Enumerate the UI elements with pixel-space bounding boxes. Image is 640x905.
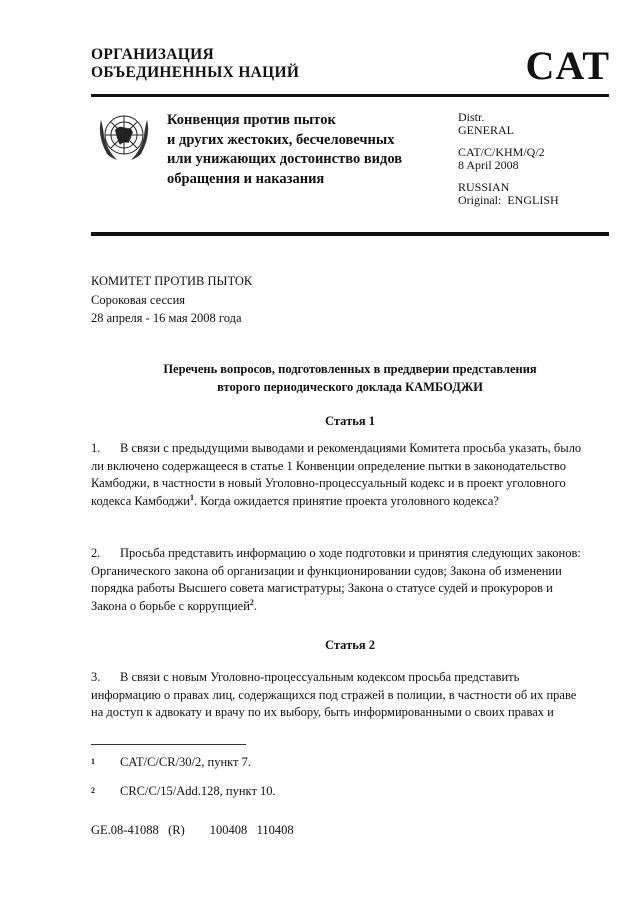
convention-line: и других жестоких, бесчеловечных [167, 131, 402, 151]
convention-line: обращения и наказания [167, 170, 402, 190]
convention-title: Конвенция против пыток и других жестоких… [167, 111, 402, 189]
paragraph-3: 3.В связи с новым Уголовно-процессуальны… [91, 669, 586, 722]
document-date: 8 April 2008 [458, 159, 559, 172]
paragraph-text: . Когда ожидается принятие проекта уголо… [194, 494, 499, 508]
un-emblem-icon [93, 108, 155, 166]
section-heading: Статья 1 [91, 412, 609, 430]
paragraph-number: 2. [91, 545, 120, 563]
org-line-1: ОРГАНИЗАЦИЯ [91, 46, 299, 64]
footnote-separator [91, 744, 246, 745]
footnote-2: 2CRC/C/15/Add.128, пункт 10. [91, 783, 276, 799]
title-line: второго периодического доклада КАМБОДЖИ [91, 378, 609, 396]
org-line-2: ОБЪЕДИНЕННЫХ НАЦИЙ [91, 64, 299, 82]
paragraph-1: 1.В связи с предыдущими выводами и реком… [91, 440, 586, 510]
original-language: Original: ENGLISH [458, 194, 559, 207]
organization-name: ОРГАНИЗАЦИЯ ОБЪЕДИНЕННЫХ НАЦИЙ [91, 46, 299, 82]
paragraph-number: 1. [91, 440, 120, 458]
footnote-mark: 2 [91, 783, 120, 799]
footnote-mark: 1 [91, 754, 120, 770]
paragraph-2: 2.Просьба представить информацию о ходе … [91, 545, 586, 615]
convention-line: Конвенция против пыток [167, 111, 402, 131]
header-rule [91, 94, 609, 97]
committee-name: КОМИТЕТ ПРОТИВ ПЫТОК [91, 272, 252, 291]
convention-line: или унижающих достоинство видов [167, 150, 402, 170]
committee-session: Сороковая сессия [91, 291, 252, 310]
footnote-text: CRC/C/15/Add.128, пункт 10. [120, 784, 276, 798]
distribution-block: Distr. GENERAL CAT/C/KHM/Q/2 8 April 200… [458, 111, 559, 207]
footnote-1: 1CAT/C/CR/30/2, пункт 7. [91, 754, 251, 770]
distr-value: GENERAL [458, 124, 559, 137]
committee-dates: 28 апреля - 16 мая 2008 года [91, 309, 252, 328]
paragraph-text: Просьба представить информацию о ходе по… [91, 546, 581, 613]
job-number: GE.08-41088 (R) 100408 110408 [91, 823, 294, 838]
paragraph-text: В связи с новым Уголовно-процессуальным … [91, 670, 576, 719]
paragraph-number: 3. [91, 669, 120, 687]
document-title: Перечень вопросов, подготовленных в пред… [91, 360, 609, 396]
paragraph-text: . [254, 599, 257, 613]
footnote-text: CAT/C/CR/30/2, пункт 7. [120, 755, 251, 769]
document-series-symbol: CAT [526, 44, 610, 88]
section-heading: Статья 2 [91, 636, 609, 654]
title-line: Перечень вопросов, подготовленных в пред… [91, 360, 609, 378]
committee-block: КОМИТЕТ ПРОТИВ ПЫТОК Сороковая сессия 28… [91, 272, 252, 328]
header-bottom-rule [91, 232, 609, 236]
